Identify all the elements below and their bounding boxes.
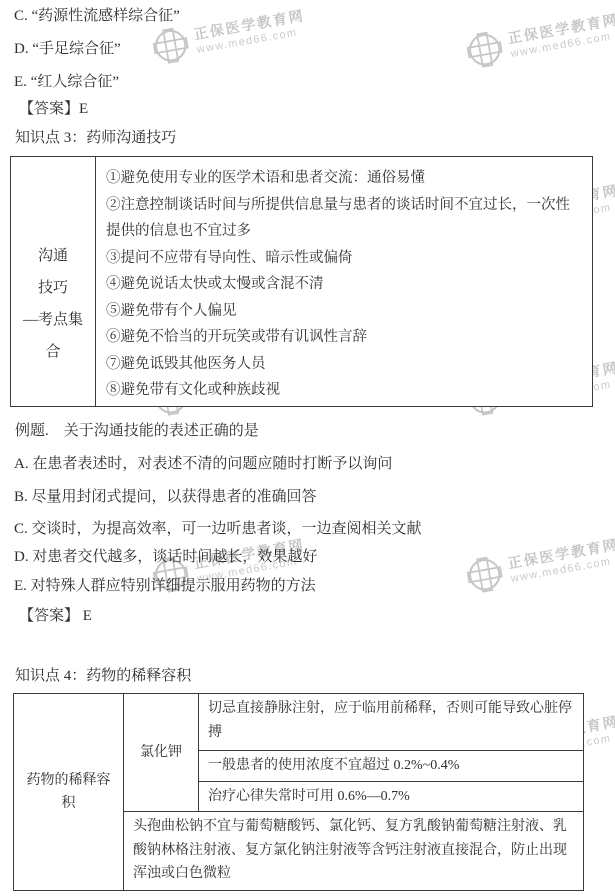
kp3-item-7: ⑦避免诋毁其他医务人员 bbox=[106, 351, 584, 378]
watermark: 正保医学教育网www.med66.com bbox=[463, 532, 615, 597]
watermark-text: 正保医学教育网www.med66.com bbox=[507, 536, 615, 586]
kp4-drug-point-3: 治疗心律失常时可用 0.6%—0.7% bbox=[199, 781, 584, 812]
kp4-drug-point-2: 一般患者的使用浓度不宜超过 0.2%~0.4% bbox=[199, 751, 584, 782]
watermark: 正保医学教育网www.med66.com bbox=[463, 7, 615, 72]
table-row: 药物的稀释容 积 氯化钾 切忌直接静脉注射，应于临用前稀释，否则可能导致心脏停搏 bbox=[14, 694, 584, 751]
example-option-e: E. 对特殊人群应特别详细提示服用药物的方法 bbox=[14, 578, 316, 595]
kp3-item-4: ④避免说话太快或太慢或含混不清 bbox=[106, 271, 584, 298]
watermark-text: 正保医学教育网www.med66.com bbox=[193, 7, 309, 57]
table-row: 沟通 技巧 —考点集 合 ①避免使用专业的医学术语和患者交流：通俗易懂 ②注意控… bbox=[11, 157, 593, 407]
med66-logo-icon bbox=[463, 553, 507, 597]
kp3-items-cell: ①避免使用专业的医学术语和患者交流：通俗易懂 ②注意控制谈话时间与所提供信息量与… bbox=[96, 157, 593, 407]
kp4-drug-point-1: 切忌直接静脉注射，应于临用前稀释，否则可能导致心脏停搏 bbox=[199, 694, 584, 751]
kp3-table: 沟通 技巧 —考点集 合 ①避免使用专业的医学术语和患者交流：通俗易懂 ②注意控… bbox=[10, 156, 593, 407]
med66-logo-icon bbox=[149, 24, 193, 68]
kp3-heading: 知识点 3：药师沟通技巧 bbox=[15, 130, 176, 147]
med66-logo-icon bbox=[463, 28, 507, 72]
watermark-text: 正保医学教育网www.med66.com bbox=[507, 11, 615, 61]
kp4-note-cell: 头孢曲松钠不宜与葡萄糖酸钙、氯化钙、复方乳酸钠葡萄糖注射液、乳酸钠林格注射液、复… bbox=[124, 812, 584, 891]
option-c: C. “药源性流感样综合征” bbox=[14, 8, 180, 25]
kp3-item-8: ⑧避免带有文化或种族歧视 bbox=[106, 377, 584, 404]
example-option-a: A. 在患者表述时，对表述不清的问题应随时打断予以询问 bbox=[14, 456, 392, 473]
example-answer-line: 【答案】 E bbox=[19, 608, 92, 625]
kp3-item-3: ③提问不应带有导向性、暗示性或偏倚 bbox=[106, 245, 584, 272]
kp3-row-header-cell: 沟通 技巧 —考点集 合 bbox=[11, 157, 96, 407]
option-d: D. “手足综合征” bbox=[14, 41, 121, 58]
kp3-item-1: ①避免使用专业的医学术语和患者交流：通俗易懂 bbox=[106, 165, 584, 192]
kp3-item-6: ⑥避免不恰当的开玩笑或带有讥讽性言辞 bbox=[106, 324, 584, 351]
example-option-b: B. 尽量用封闭式提问，以获得患者的准确回答 bbox=[14, 489, 317, 506]
kp4-drug-name-cell: 氯化钾 bbox=[124, 694, 199, 812]
example-stem: 例题. 关于沟通技能的表述正确的是 bbox=[15, 423, 259, 440]
kp3-item-5: ⑤避免带有个人偏见 bbox=[106, 298, 584, 325]
example-option-c: C. 交谈时，为提高效率，可一边听患者谈，一边查阅相关文献 bbox=[14, 521, 422, 538]
kp4-heading: 知识点 4：药物的稀释容积 bbox=[15, 668, 191, 685]
kp3-item-2: ②注意控制谈话时间与所提供信息量与患者的谈话时间不宜过长，一次性提供的信息也不宜… bbox=[106, 192, 584, 245]
kp4-table: 药物的稀释容 积 氯化钾 切忌直接静脉注射，应于临用前稀释，否则可能导致心脏停搏… bbox=[13, 693, 584, 891]
kp4-row-header-cell: 药物的稀释容 积 bbox=[14, 694, 124, 891]
answer-line: 【答案】E bbox=[19, 101, 88, 118]
document-page: 正保医学教育网www.med66.com 正保医学教育网www.med66.co… bbox=[0, 0, 615, 896]
option-e: E. “红人综合征” bbox=[14, 74, 119, 91]
example-option-d: D. 对患者交代越多，谈话时间越长，效果越好 bbox=[14, 549, 317, 566]
